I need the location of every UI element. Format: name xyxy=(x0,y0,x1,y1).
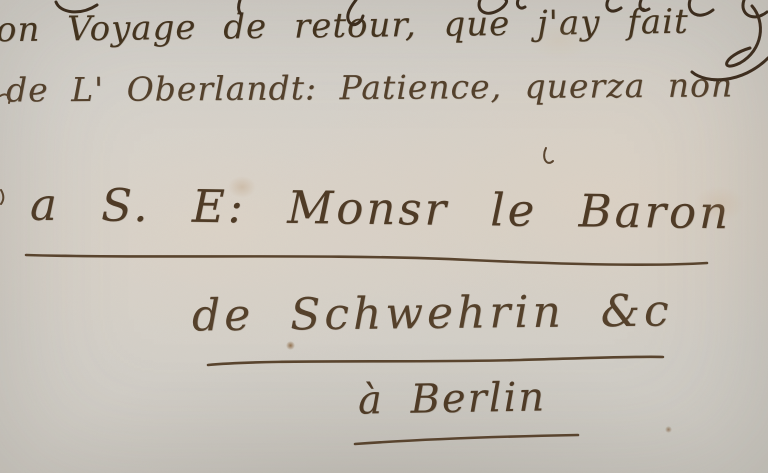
handwriting-line-baron: a S. E: Monsr le Baron xyxy=(30,178,732,240)
fox-spot xyxy=(286,341,295,350)
underline-schwerin xyxy=(208,357,663,365)
manuscript-photo: on Voyage de retour, que j'ay fait de L'… xyxy=(0,0,768,473)
fox-spot xyxy=(665,426,672,433)
handwriting-line-oberland: de L' Oberlandt: Patience, querza non xyxy=(6,65,733,109)
underline-baron xyxy=(26,255,707,265)
handwriting-line-schwerin: de Schwehrin &c xyxy=(192,285,673,341)
underline-berlin xyxy=(355,435,578,444)
handwriting-line-berlin: à Berlin xyxy=(358,374,547,423)
handwriting-line-voyage: on Voyage de retour, que j'ay fait xyxy=(0,2,689,50)
